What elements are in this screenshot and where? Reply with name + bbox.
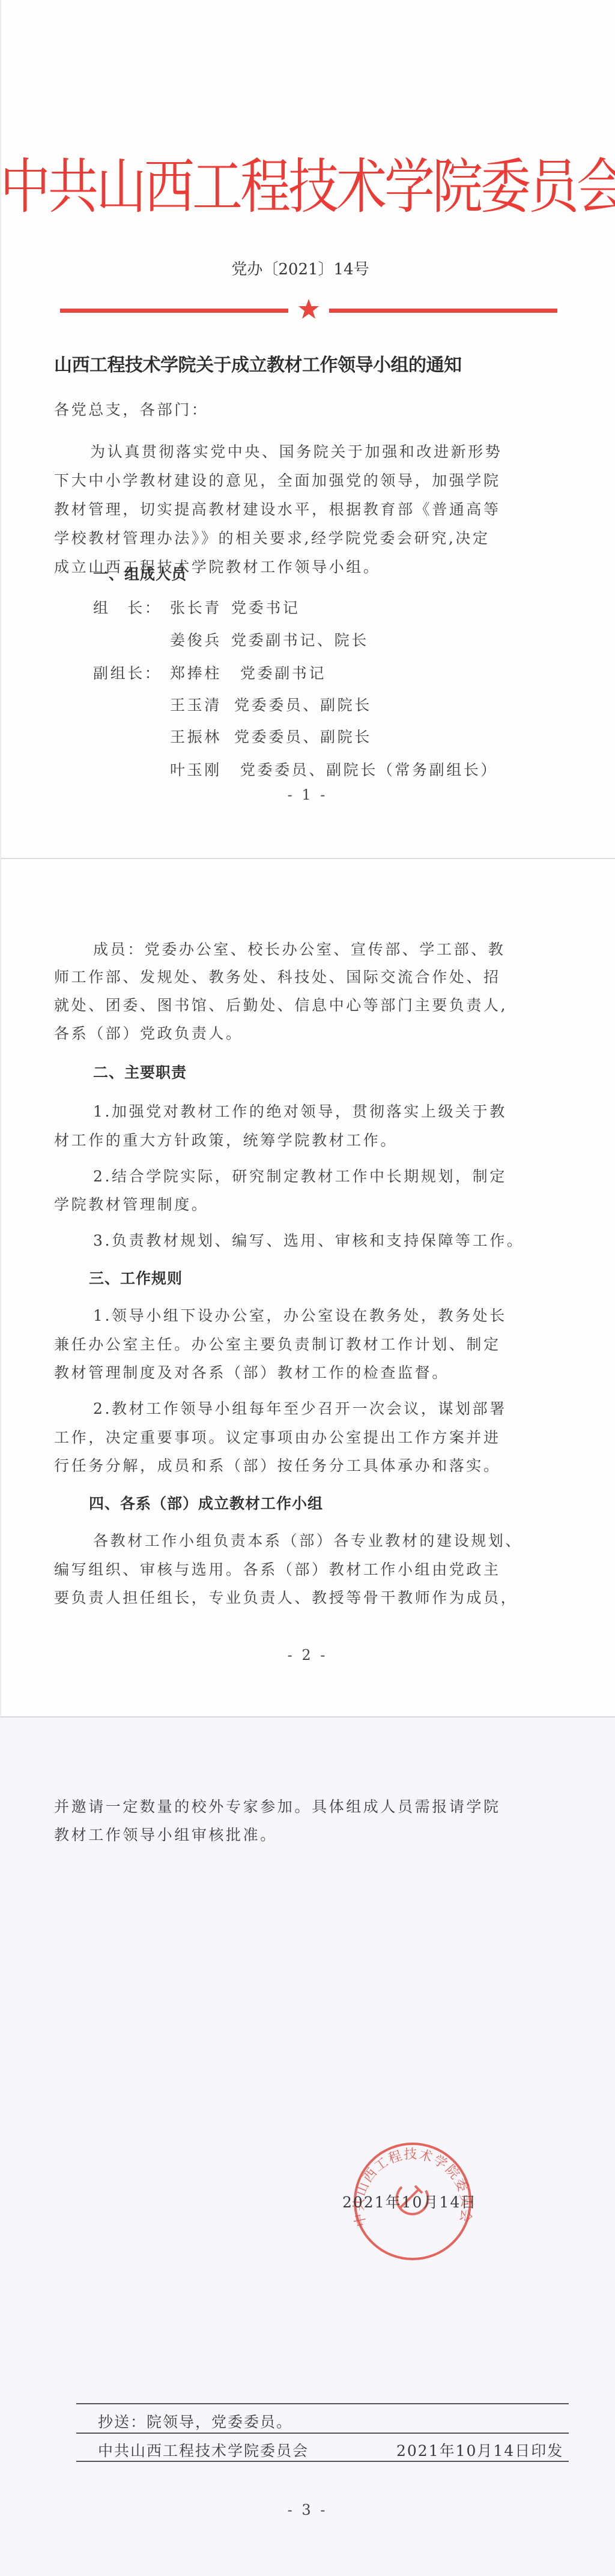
leader-title: 党委副书记、院长: [231, 629, 369, 650]
leader-name: 张长青: [170, 596, 222, 618]
intro-line: 下大中小学教材建设的意见，全面加强党的领导，加强学院: [54, 469, 501, 490]
cc-recipients: 抄送：院领导，党委委员。: [98, 2410, 292, 2432]
deputy-name: 叶玉刚: [170, 758, 222, 780]
deputy-name: 王振林: [170, 725, 222, 747]
section-heading-rules: 三、工作规则: [89, 1267, 183, 1288]
deputy-title: 党委委员、副院长: [234, 725, 372, 747]
members-line: 成员：党委办公室、校长办公室、宣传部、学工部、教: [93, 938, 505, 959]
document-number: 党办〔2021〕14号: [0, 257, 601, 279]
cc-middle-rule: [76, 2433, 569, 2434]
rule-line: 兼任办公室主任。办公室主要负责制订教材工作计划、制定: [54, 1333, 501, 1354]
deputy-name: 郑捧柱: [170, 662, 222, 683]
intro-line: 为认真贯彻落实党中央、国务院关于加强和改进新形势: [90, 440, 502, 462]
notice-title: 山西工程技术学院关于成立教材工作领导小组的通知: [54, 350, 462, 376]
red-header-title: 中共山西工程技术学院委员会文件: [0, 151, 615, 222]
red-rule-left: [60, 309, 288, 313]
leader-name: 姜俊兵: [170, 629, 222, 650]
duty-line: 材工作的重大方针政策，统筹学院教材工作。: [54, 1129, 398, 1150]
issue-date: 2021年10月14日印发: [396, 2439, 563, 2461]
duty-line: 2.结合学院实际，研究制定教材工作中长期规划，制定: [93, 1165, 507, 1186]
cc-bottom-rule: [76, 2461, 569, 2462]
leader-title: 党委书记: [231, 596, 300, 618]
members-line: 就处、团委、图书馆、后勤处、信息中心等部门主要负责人,: [54, 994, 507, 1015]
deputy-label: 副组长：: [93, 662, 162, 683]
members-line: 师工作部、发规处、教务处、科技处、国际交流合作处、招: [54, 965, 501, 987]
section-heading-members: 一、组成人员: [93, 563, 187, 584]
red-rule-right: [329, 309, 557, 313]
dept-group-line: 各教材工作小组负责本系（部）各专业教材的建设规划、: [93, 1529, 523, 1551]
svg-text:中共山西工程技术学院委员会: 中共山西工程技术学院委员会: [351, 2147, 473, 2228]
dept-group-line: 并邀请一定数量的校外专家参加。具体组成人员需报请学院: [54, 1795, 501, 1817]
rule-line: 1.领导小组下设办公室，办公室设在教务处，教务处长: [93, 1304, 507, 1326]
dept-group-line: 要负责人担任组长，专业负责人、教授等骨干教师作为成员，: [54, 1586, 518, 1608]
red-star-icon: [297, 297, 321, 321]
issuer: 中共山西工程技术学院委员会: [98, 2439, 309, 2461]
page-number-1: - 1 -: [0, 786, 615, 803]
duty-line: 学院教材管理制度。: [54, 1193, 208, 1214]
deputy-title: 党委委员、副院长: [234, 693, 372, 715]
members-line: 各系（部）党政负责人。: [54, 1022, 243, 1043]
duty-line: 1.加强党对教材工作的绝对领导，贯彻落实上级关于教: [93, 1100, 507, 1121]
duty-line: 3.负责教材规划、编写、选用、审核和支持保障等工作。: [93, 1229, 524, 1250]
deputy-title: 党委副书记: [240, 662, 326, 683]
page-number-3: - 3 -: [0, 2502, 615, 2518]
rule-line: 行任务分解，成员和系（部）按任务分工具体承办和落实。: [54, 1454, 501, 1476]
section-heading-dept-groups: 四、各系（部）成立教材工作小组: [89, 1492, 323, 1513]
cc-top-rule: [76, 2403, 569, 2404]
salutation: 各党总支，各部门：: [54, 398, 208, 420]
signature-date: 2021年10月14日: [342, 2191, 477, 2212]
rule-line: 工作，决定重要事项。议定事项由办公室提出工作方案并进: [54, 1426, 501, 1447]
dept-group-line: 编写组织、审核与选用。各系（部）教材工作小组由党政主: [54, 1558, 501, 1579]
deputy-name: 王玉清: [170, 693, 222, 715]
leader-label: 组 长：: [93, 596, 162, 618]
rule-line: 2.教材工作领导小组每年至少召开一次会议，谋划部署: [93, 1397, 507, 1419]
page-number-2: - 2 -: [0, 1647, 615, 1664]
dept-group-line: 教材工作领导小组审核批准。: [54, 1823, 277, 1845]
intro-line: 教材管理，切实提高教材建设水平，根据教育部《普通高等: [54, 498, 501, 519]
intro-line: 学校教材管理办法》》的相关要求,经学院党委会研究,决定: [54, 526, 490, 548]
deputy-title: 党委委员、副院长（常务副组长）: [240, 758, 498, 780]
rule-line: 教材管理制度及对各系（部）教材工作的检查监督。: [54, 1361, 449, 1383]
section-heading-duties: 二、主要职责: [93, 1061, 187, 1082]
